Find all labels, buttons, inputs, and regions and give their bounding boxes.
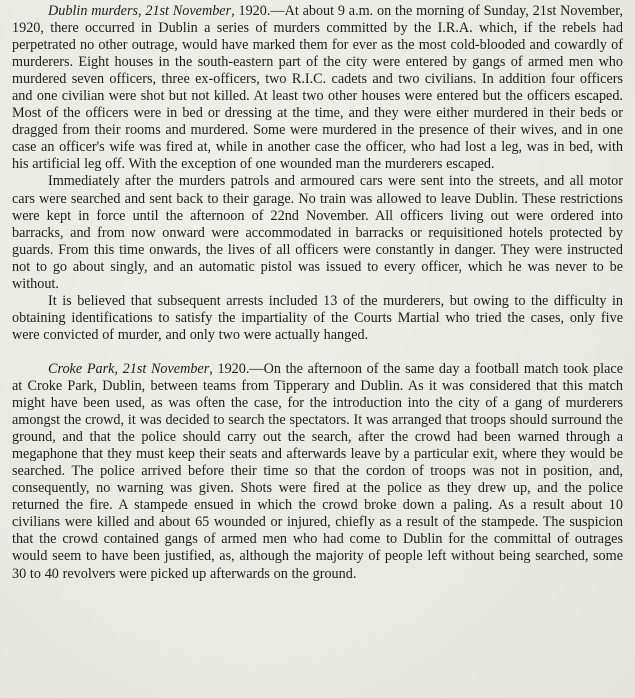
paragraph-croke-park: Croke Park, 21st November, 1920.—On the …: [12, 361, 623, 583]
section-heading-date: 21st November: [145, 3, 231, 19]
paragraph-text: Immediately after the murders patrols an…: [12, 173, 623, 291]
section-heading-dublin-murders: Dublin murders: [48, 3, 138, 19]
paragraph-text: At about 9 a.m. on the morning of Sunday…: [12, 3, 623, 172]
section-heading-year: 1920: [238, 3, 266, 19]
paragraph-text: It is believed that subsequent arrests i…: [12, 293, 623, 343]
paragraph-dublin-murders-intro: Dublin murders, 21st November, 1920.—At …: [12, 3, 623, 173]
section-heading-date: 21st November: [123, 361, 210, 377]
section-heading-croke-park: Croke Park: [48, 361, 114, 377]
document-page: Dublin murders, 21st November, 1920.—At …: [0, 0, 635, 698]
paragraph-aftermath: Immediately after the murders patrols an…: [12, 173, 623, 292]
section-heading-year: 1920: [217, 361, 245, 377]
paragraph-arrests: It is believed that subsequent arrests i…: [12, 293, 623, 344]
paragraph-text: On the afternoon of the same day a footb…: [12, 361, 623, 582]
